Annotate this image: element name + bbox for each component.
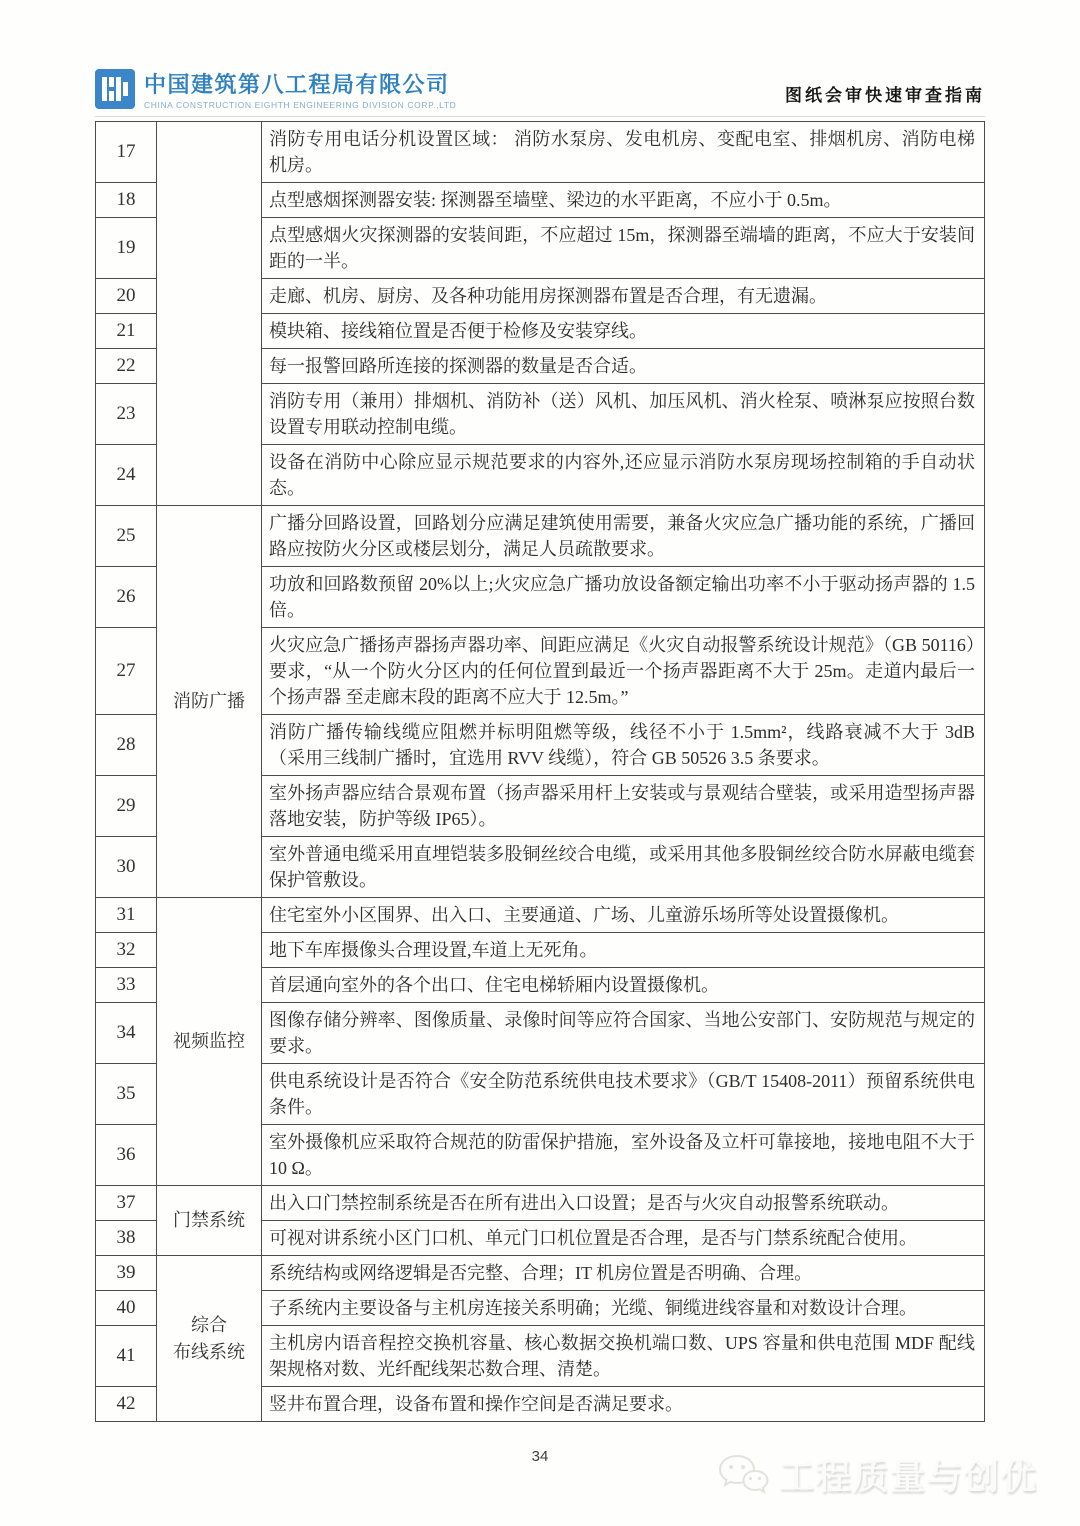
row-number-cell: 31	[96, 898, 157, 933]
item-text-cell: 广播分回路设置，回路划分应满足建筑使用需要，兼备火灾应急广播功能的系统，广播回路…	[262, 506, 985, 567]
row-number-cell: 34	[96, 1003, 157, 1064]
item-text-cell: 消防专用电话分机设置区域： 消防水泵房、发电机房、变配电室、排烟机房、消防电梯机…	[262, 122, 985, 183]
item-text-cell: 首层通向室外的各个出口、住宅电梯轿厢内设置摄像机。	[262, 968, 985, 1003]
company-name: 中国建筑第八工程局有限公司	[144, 68, 456, 99]
table-row: 17 消防专用电话分机设置区域： 消防水泵房、发电机房、变配电室、排烟机房、消防…	[96, 122, 985, 183]
item-text-cell: 地下车库摄像头合理设置,车道上无死角。	[262, 933, 985, 968]
wechat-icon	[717, 1453, 769, 1497]
row-number-cell: 30	[96, 837, 157, 898]
row-number-cell: 38	[96, 1221, 157, 1256]
item-text-cell: 室外摄像机应采取符合规范的防雷保护措施，室外设备及立杆可靠接地，接地电阻不大于 …	[262, 1125, 985, 1186]
watermark-label: 工程质量与创优	[779, 1450, 1038, 1500]
document-title: 图纸会审快速审查指南	[785, 81, 985, 110]
row-number-cell: 28	[96, 715, 157, 776]
row-number-cell: 24	[96, 445, 157, 506]
row-number-cell: 20	[96, 279, 157, 314]
row-number-cell: 36	[96, 1125, 157, 1186]
item-text-cell: 竖井布置合理，设备布置和操作空间是否满足要求。	[262, 1387, 985, 1422]
item-text-cell: 每一报警回路所连接的探测器的数量是否合适。	[262, 349, 985, 384]
document-page: 中国建筑第八工程局有限公司 CHINA CONSTRUCTION EIGHTH …	[0, 0, 1080, 1526]
review-checklist-table: 17 消防专用电话分机设置区域： 消防水泵房、发电机房、变配电室、排烟机房、消防…	[95, 121, 985, 1422]
row-number-cell: 29	[96, 776, 157, 837]
row-number-cell: 23	[96, 384, 157, 445]
row-number-cell: 32	[96, 933, 157, 968]
category-cell: 门禁系统	[157, 1186, 262, 1256]
item-text-cell: 子系统内主要设备与主机房连接关系明确；光缆、铜缆进线容量和对数设计合理。	[262, 1291, 985, 1326]
item-text-cell: 点型感烟探测器安装: 探测器至墙壁、梁边的水平距离，不应小于 0.5m。	[262, 183, 985, 218]
table-row: 31 视频监控 住宅室外小区围界、出入口、主要通道、广场、儿童游乐场所等处设置摄…	[96, 898, 985, 933]
category-cell: 消防广播	[157, 506, 262, 898]
item-text-cell: 出入口门禁控制系统是否在所有进出入口设置；是否与火灾自动报警系统联动。	[262, 1186, 985, 1221]
item-text-cell: 消防广播传输线缆应阻燃并标明阻燃等级，线径不小于 1.5mm²，线路衰减不大于 …	[262, 715, 985, 776]
item-text-cell: 走廊、机房、厨房、及各种功能用房探测器布置是否合理，有无遗漏。	[262, 279, 985, 314]
table-row: 39 综合 布线系统 系统结构或网络逻辑是否完整、合理；IT 机房位置是否明确、…	[96, 1256, 985, 1291]
row-number-cell: 18	[96, 183, 157, 218]
category-cell: 综合 布线系统	[157, 1256, 262, 1422]
category-cell	[157, 122, 262, 506]
item-text-cell: 可视对讲系统小区门口机、单元门口机位置是否合理，是否与门禁系统配合使用。	[262, 1221, 985, 1256]
company-brand: 中国建筑第八工程局有限公司 CHINA CONSTRUCTION EIGHTH …	[95, 68, 456, 110]
item-text-cell: 消防专用（兼用）排烟机、消防补（送）风机、加压风机、消火栓泵、喷淋泵应按照台数设…	[262, 384, 985, 445]
row-number-cell: 21	[96, 314, 157, 349]
item-text-cell: 设备在消防中心除应显示规范要求的内容外,还应显示消防水泵房现场控制箱的手自动状态…	[262, 445, 985, 506]
row-number-cell: 40	[96, 1291, 157, 1326]
cscec-logo-icon	[95, 69, 135, 109]
row-number-cell: 25	[96, 506, 157, 567]
company-subtitle: CHINA CONSTRUCTION EIGHTH ENGINEERING DI…	[144, 100, 456, 110]
row-number-cell: 19	[96, 218, 157, 279]
row-number-cell: 17	[96, 122, 157, 183]
row-number-cell: 22	[96, 349, 157, 384]
item-text-cell: 模块箱、接线箱位置是否便于检修及安装穿线。	[262, 314, 985, 349]
company-text-block: 中国建筑第八工程局有限公司 CHINA CONSTRUCTION EIGHTH …	[144, 68, 456, 110]
row-number-cell: 37	[96, 1186, 157, 1221]
item-text-cell: 住宅室外小区围界、出入口、主要通道、广场、儿童游乐场所等处设置摄像机。	[262, 898, 985, 933]
item-text-cell: 室外扬声器应结合景观布置（扬声器采用杆上安装或与景观结合壁装，或采用造型扬声器落…	[262, 776, 985, 837]
table-row: 37 门禁系统 出入口门禁控制系统是否在所有进出入口设置；是否与火灾自动报警系统…	[96, 1186, 985, 1221]
item-text-cell: 点型感烟火灾探测器的安装间距，不应超过 15m，探测器至端墙的距离，不应大于安装…	[262, 218, 985, 279]
row-number-cell: 26	[96, 567, 157, 628]
item-text-cell: 功放和回路数预留 20%以上;火灾应急广播功放设备额定输出功率不小于驱动扬声器的…	[262, 567, 985, 628]
row-number-cell: 42	[96, 1387, 157, 1422]
watermark: 工程质量与创优	[717, 1450, 1038, 1500]
cscec-logo-glyph	[100, 74, 130, 104]
item-text-cell: 火灾应急广播扬声器扬声器功率、间距应满足《火灾自动报警系统设计规范》（GB 50…	[262, 628, 985, 715]
item-text-cell: 室外普通电缆采用直埋铠装多股铜丝绞合电缆，或采用其他多股铜丝绞合防水屏蔽电缆套保…	[262, 837, 985, 898]
page-header: 中国建筑第八工程局有限公司 CHINA CONSTRUCTION EIGHTH …	[95, 0, 985, 117]
category-cell: 视频监控	[157, 898, 262, 1186]
item-text-cell: 主机房内语音程控交换机容量、核心数据交换机端口数、UPS 容量和供电范围 MDF…	[262, 1326, 985, 1387]
item-text-cell: 图像存储分辨率、图像质量、录像时间等应符合国家、当地公安部门、安防规范与规定的要…	[262, 1003, 985, 1064]
row-number-cell: 27	[96, 628, 157, 715]
item-text-cell: 系统结构或网络逻辑是否完整、合理；IT 机房位置是否明确、合理。	[262, 1256, 985, 1291]
row-number-cell: 35	[96, 1064, 157, 1125]
row-number-cell: 39	[96, 1256, 157, 1291]
row-number-cell: 41	[96, 1326, 157, 1387]
row-number-cell: 33	[96, 968, 157, 1003]
item-text-cell: 供电系统设计是否符合《安全防范系统供电技术要求》（GB/T 15408-2011…	[262, 1064, 985, 1125]
checklist-table-wrap: 17 消防专用电话分机设置区域： 消防水泵房、发电机房、变配电室、排烟机房、消防…	[95, 121, 985, 1422]
table-row: 25 消防广播 广播分回路设置，回路划分应满足建筑使用需要，兼备火灾应急广播功能…	[96, 506, 985, 567]
